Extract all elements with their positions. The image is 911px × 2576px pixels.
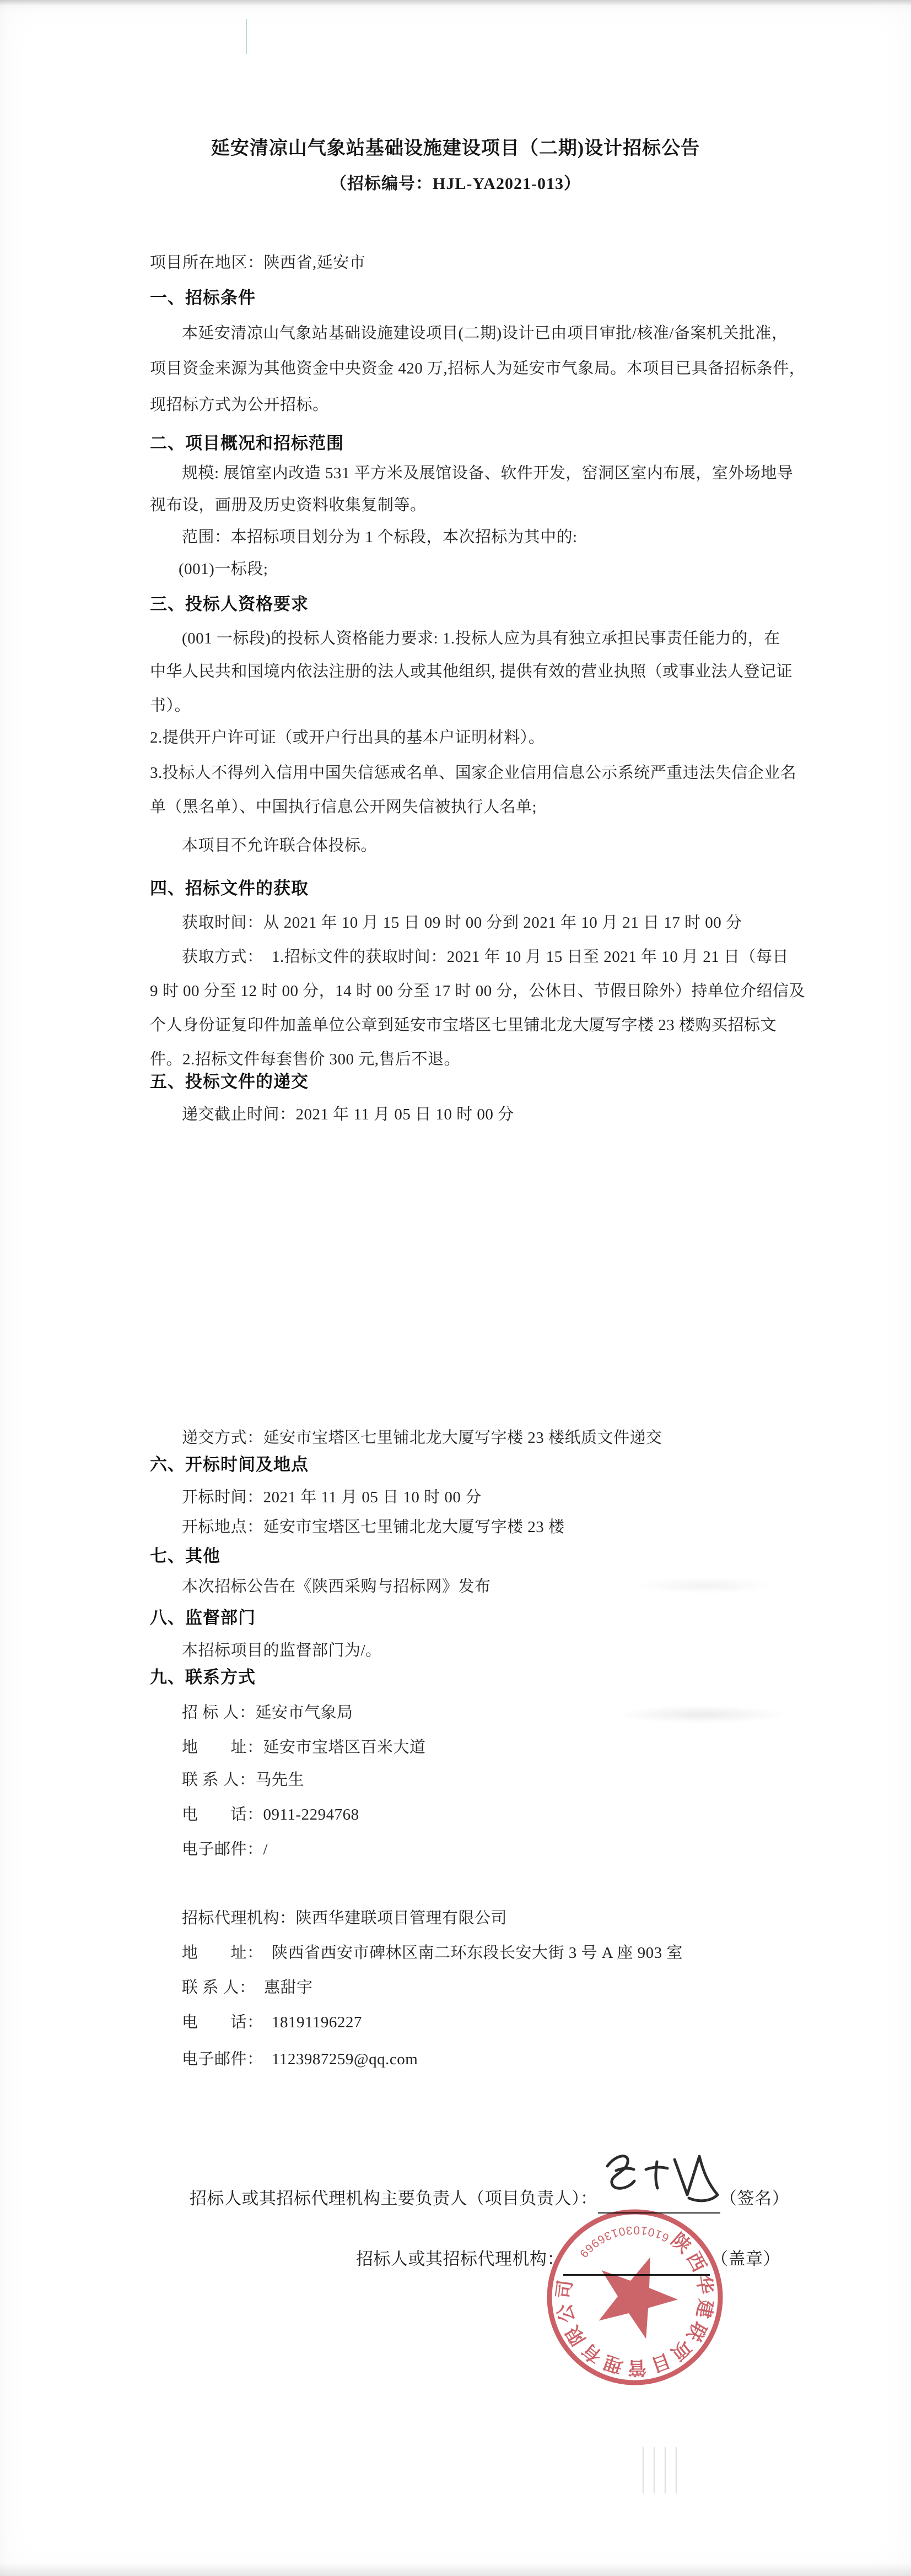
para-no-consortium: 本项目不允许联合体投标。 xyxy=(182,836,377,856)
para-qualification-5: 3.投标人不得列入信用中国失信惩戒名单、国家企业信用信息公示系统严重违法失信企业… xyxy=(150,764,796,783)
agency-seal-label: 招标人或其招标代理机构： xyxy=(356,2249,564,2269)
signature-stroke xyxy=(675,2156,718,2201)
scan-artifact-scratch xyxy=(643,2447,677,2493)
signature-stroke xyxy=(656,2162,657,2188)
heading-bid-submission: 五、投标文件的递交 xyxy=(150,1071,309,1092)
heading-bid-opening: 六、开标时间及地点 xyxy=(150,1454,309,1475)
scan-artifact-smudge xyxy=(616,1706,787,1723)
signature-stroke xyxy=(607,2156,634,2189)
para-obtain-method-2: 9 时 00 分至 12 时 00 分，14 时 00 分至 17 时 00 分… xyxy=(150,982,805,1001)
para-lot-001: (001)一标段; xyxy=(179,560,268,579)
contact-email: 电子邮件：/ xyxy=(182,1840,268,1859)
para-funding: 项目资金来源为其他资金中央资金 420 万,招标人为延安市气象局。本项目已具备招… xyxy=(150,359,805,378)
para-supervision-dept: 本招标项目的监督部门为/。 xyxy=(182,1641,382,1660)
para-opening-place: 开标地点：延安市宝塔区七里铺北龙大厦写字楼 23 楼 xyxy=(182,1518,565,1537)
tender-number: （招标编号：HJL-YA2021-013） xyxy=(0,174,911,194)
signature-stroke xyxy=(616,2168,634,2171)
agency-address: 地 址： 陕西省西安市碑林区南二环东段长安大街 3 号 A 座 903 室 xyxy=(182,1944,683,1963)
para-scale-2: 视布设，画册及历史资料收集复制等。 xyxy=(150,496,427,515)
scan-artifact-hairline xyxy=(246,19,247,54)
heading-contact: 九、联系方式 xyxy=(150,1667,256,1687)
seal-number-text: 6101030136969 xyxy=(572,2213,673,2267)
para-scale-1: 规模: 展馆室内改造 531 平方米及展馆设备、软件开发，窑洞区室内布展，室外场… xyxy=(182,464,793,483)
heading-tender-conditions: 一、招标条件 xyxy=(150,288,256,308)
contact-phone: 电 话：0911-2294768 xyxy=(182,1805,359,1825)
contact-tenderer: 招 标 人：延安市气象局 xyxy=(182,1703,353,1723)
contact-address: 地 址：延安市宝塔区百米大道 xyxy=(182,1738,426,1757)
star-icon xyxy=(586,2253,686,2350)
company-seal: 陕西华建联项目管理有限公司 6101030136969 xyxy=(538,2201,731,2394)
para-qualification-6: 单（黑名单）、中国执行信息公开网失信被执行人名单; xyxy=(150,798,537,817)
para-publish-site: 本次招标公告在《陕西采购与招标网》发布 xyxy=(182,1577,491,1597)
para-obtain-method-4: 件。2.招标文件每套售价 300 元,售后不退。 xyxy=(150,1050,460,1069)
para-open-tender: 现招标方式为公开招标。 xyxy=(150,396,329,415)
para-qualification-1: (001 一标段)的投标人资格能力要求: 1.投标人应为具有独立承担民事责任能力… xyxy=(182,629,780,648)
scan-artifact-smudge xyxy=(634,1578,777,1593)
para-scope: 范围：本招标项目划分为 1 个标段，本次招标为其中的: xyxy=(182,528,578,547)
para-obtain-time: 获取时间：从 2021 年 10 月 15 日 09 时 00 分到 2021 … xyxy=(182,913,742,933)
agency-name: 招标代理机构：陕西华建联项目管理有限公司 xyxy=(182,1909,507,1928)
para-qualification-4: 2.提供开户许可证（或开户行出具的基本户证明材料）。 xyxy=(150,728,545,748)
heading-project-scope: 二、项目概况和招标范围 xyxy=(150,433,344,453)
scan-edge-top xyxy=(0,0,911,6)
agency-person: 联 系 人： 惠甜宇 xyxy=(182,1978,313,1998)
scan-edge-bottom xyxy=(0,2563,911,2576)
para-submission-deadline: 递交截止时间：2021 年 11 月 05 日 10 时 00 分 xyxy=(182,1105,514,1124)
para-obtain-method-1: 获取方式： 1.招标文件的获取时间：2021 年 10 月 15 日至 2021… xyxy=(182,948,789,967)
heading-supervision: 八、监督部门 xyxy=(150,1608,256,1628)
heading-document-obtain: 四、招标文件的获取 xyxy=(150,878,309,899)
document-page: 延安清凉山气象站基础设施建设项目（二期)设计招标公告 （招标编号：HJL-YA2… xyxy=(0,0,911,2576)
contact-person: 联 系 人：马先生 xyxy=(182,1771,304,1790)
heading-bidder-qualification: 三、投标人资格要求 xyxy=(150,594,309,614)
agency-email: 电子邮件： 1123987259@qq.com xyxy=(182,2050,418,2069)
para-approval: 本延安清凉山气象站基础设施建设项目(二期)设计已由项目审批/核准/备案机关批准， xyxy=(182,324,788,343)
agency-phone: 电 话： 18191196227 xyxy=(182,2013,362,2032)
para-qualification-2: 中华人民共和国境内依法注册的法人或其他组织, 提供有效的营业执照（或事业法人登记… xyxy=(150,662,793,681)
doc-title: 延安清凉山气象站基础设施建设项目（二期)设计招标公告 xyxy=(0,138,911,160)
line-project-location: 项目所在地区：陕西省,延安市 xyxy=(150,253,365,273)
principal-signature-label: 招标人或其招标代理机构主要负责人（项目负责人）： xyxy=(190,2188,598,2209)
heading-other: 七、其他 xyxy=(150,1546,220,1566)
para-opening-time: 开标时间：2021 年 11 月 05 日 10 时 00 分 xyxy=(182,1488,482,1507)
para-submission-method: 递交方式：延安市宝塔区七里铺北龙大厦写字楼 23 楼纸质文件递交 xyxy=(182,1428,662,1448)
svg-text:6101030136969: 6101030136969 xyxy=(572,2213,673,2267)
para-qualification-3: 书）。 xyxy=(150,696,191,716)
para-obtain-method-3: 个人身份证复印件加盖单位公章到延安市宝塔区七里铺北龙大厦写字楼 23 楼购买招标… xyxy=(150,1016,777,1035)
